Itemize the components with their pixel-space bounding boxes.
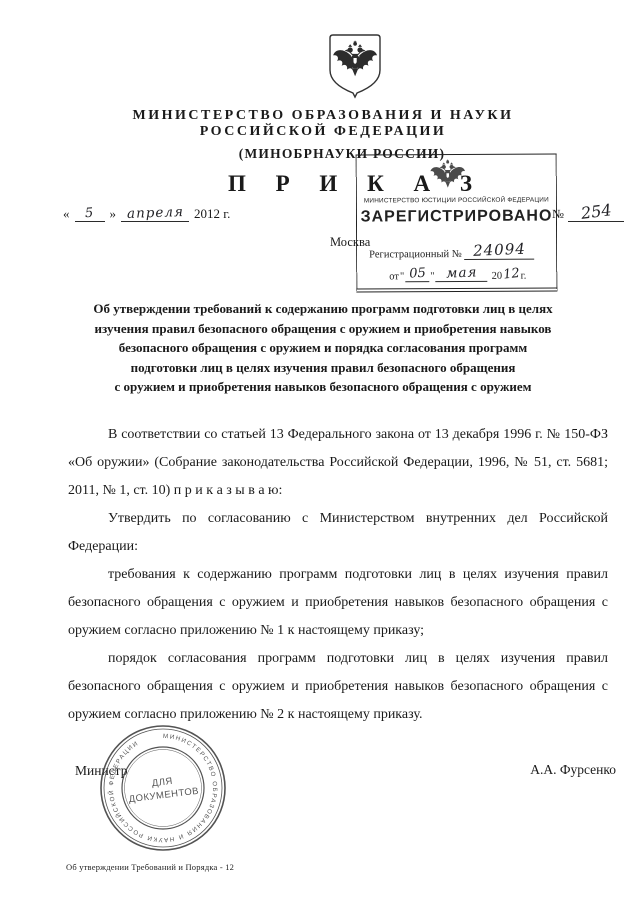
round-office-stamp: МИНИСТЕРСТВО ОБРАЗОВАНИЯ И НАУКИ РОССИЙС… [98, 723, 228, 853]
day-underline: 5 [75, 205, 105, 222]
body-paragraph: требования к содержанию программ подгото… [68, 561, 608, 645]
stamp-quote-open: " [400, 271, 404, 282]
footer-reference: Об утверждении Требований и Порядка - 12 [66, 862, 234, 872]
ministry-name-line1: МИНИСТЕРСТВО ОБРАЗОВАНИЯ И НАУКИ [0, 108, 640, 124]
handwritten-number: 254 [580, 200, 613, 223]
signer-name: А.А. Фурсенко [530, 762, 616, 778]
order-title-line: Об утверждении требований к содержанию п… [40, 299, 606, 319]
russia-coat-of-arms-icon [329, 33, 381, 99]
month-underline: апреля [121, 205, 189, 222]
stamp-eagle-icon [427, 159, 469, 193]
reg-number-label: Регистрационный № [369, 249, 462, 260]
reg-number-underline: 24094 [464, 241, 534, 260]
order-body: В соответствии со статьей 13 Федеральног… [68, 421, 608, 729]
order-title-line: подготовки лиц в целях изучения правил б… [40, 358, 606, 378]
year-printed: 2012 г. [194, 206, 230, 222]
stamp-registered-label: ЗАРЕГИСТРИРОВАНО [357, 207, 556, 226]
stamp-outer-ring [101, 726, 225, 850]
stamp-year-printed: 20 [492, 271, 503, 282]
order-date-line: « 5 » апреля 2012 г. [63, 205, 230, 222]
handwritten-day: 5 [85, 206, 94, 222]
order-title-line: безопасного обращения с оружием и порядк… [40, 338, 606, 358]
body-paragraph: Утвердить по согласованию с Министерство… [68, 505, 608, 561]
handwritten-stamp-year: 12 [502, 266, 520, 283]
ministry-name-line2: РОССИЙСКОЙ ФЕДЕРАЦИИ [0, 124, 640, 140]
body-paragraph: порядок согласования программ подготовки… [68, 645, 608, 729]
stamp-quote-close: " [430, 271, 434, 282]
stamp-date-from: от [389, 271, 399, 282]
quote-open: « [63, 206, 70, 222]
stamp-center-line1: ДЛЯ [151, 776, 173, 789]
justice-registration-stamp: МИНИСТЕРСТВО ЮСТИЦИИ РОССИЙСКОЙ ФЕДЕРАЦИ… [356, 153, 558, 292]
handwritten-month: апреля [126, 204, 183, 222]
handwritten-reg-number: 24094 [473, 240, 526, 260]
order-title-line: изучения правил безопасного обращения с … [40, 319, 606, 339]
order-title: Об утверждении требований к содержанию п… [40, 299, 606, 397]
handwritten-stamp-day: 05 [409, 266, 426, 282]
number-underline: 254 [568, 202, 624, 222]
order-number-line: № 254 [552, 202, 624, 222]
scanned-order-document: МИНИСТЕРСТВО ОБРАЗОВАНИЯ И НАУКИ РОССИЙС… [0, 0, 640, 905]
body-paragraph: В соответствии со статьей 13 Федеральног… [68, 421, 608, 505]
stamp-day-underline: 05 [405, 266, 429, 282]
stamp-center-line2: ДОКУМЕНТОВ [128, 786, 200, 806]
stamp-registration-number-row: Регистрационный № 24094 [369, 241, 534, 261]
order-title-line: с оружием и приобретения навыков безопас… [40, 377, 606, 397]
stamp-month-underline: мая [436, 265, 488, 282]
stamp-year-suffix: г. [521, 271, 527, 282]
stamp-ministry-name: МИНИСТЕРСТВО ЮСТИЦИИ РОССИЙСКОЙ ФЕДЕРАЦИ… [359, 196, 554, 204]
quote-close: » [110, 206, 117, 222]
stamp-date-row: от " 05 " мая 20 12 г. [389, 265, 526, 283]
stamp-year-hand-wrap: 12 [502, 267, 521, 282]
handwritten-stamp-month: мая [446, 264, 478, 281]
